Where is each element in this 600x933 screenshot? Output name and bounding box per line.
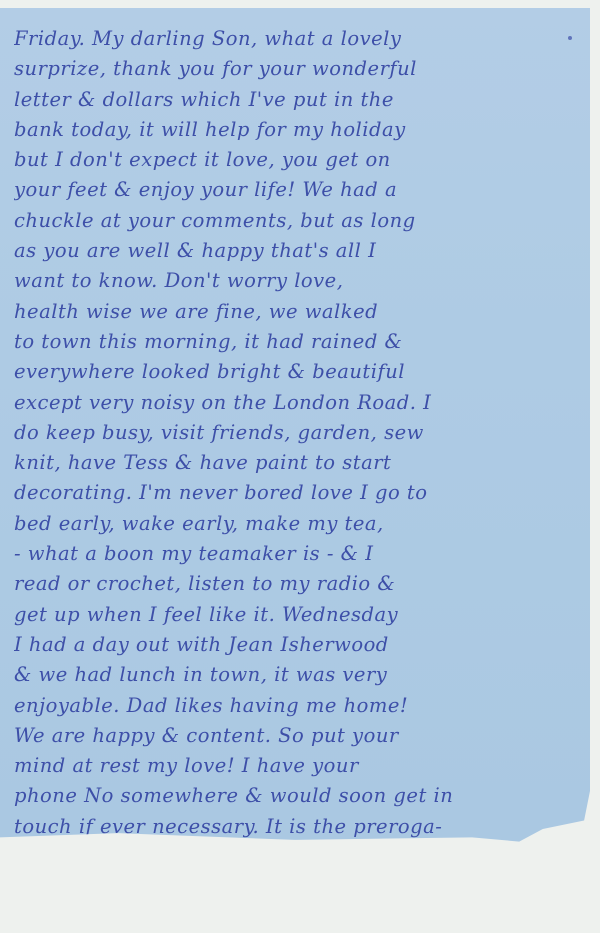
letter-line: as you are well & happy that's all I <box>14 236 574 266</box>
letter-line: everywhere looked bright & beautiful <box>14 357 574 387</box>
letter-line: do keep busy, visit friends, garden, sew <box>14 418 574 448</box>
letter-line: letter & dollars which I've put in the <box>14 85 574 115</box>
letter-line: read or crochet, listen to my radio & <box>14 569 574 599</box>
letter-page: Friday. My darling Son, what a lovely su… <box>0 8 590 850</box>
letter-line: but I don't expect it love, you get on <box>14 145 574 175</box>
letter-line: - what a boon my teamaker is - & I <box>14 539 574 569</box>
letter-line: your feet & enjoy your life! We had a <box>14 175 574 205</box>
letter-line: phone No somewhere & would soon get in <box>14 781 574 811</box>
letter-line: bed early, wake early, make my tea, <box>14 509 574 539</box>
letter-line: I had a day out with Jean Isherwood <box>14 630 574 660</box>
letter-line: mind at rest my love! I have your <box>14 751 574 781</box>
letter-line: to town this morning, it had rained & <box>14 327 574 357</box>
letter-line: bank today, it will help for my holiday <box>14 115 574 145</box>
letter-line: chuckle at your comments, but as long <box>14 206 574 236</box>
letter-line: Friday. My darling Son, what a lovely <box>14 24 574 54</box>
letter-line: We are happy & content. So put your <box>14 721 574 751</box>
letter-line: health wise we are fine, we walked <box>14 297 574 327</box>
letter-line: except very noisy on the London Road. I <box>14 388 574 418</box>
letter-line: knit, have Tess & have paint to start <box>14 448 574 478</box>
letter-line: & we had lunch in town, it was very <box>14 660 574 690</box>
letter-line: want to know. Don't worry love, <box>14 266 574 296</box>
letter-line: touch if ever necessary. It is the prero… <box>14 812 574 842</box>
letter-line: decorating. I'm never bored love I go to <box>14 478 574 508</box>
letter-line: get up when I feel like it. Wednesday <box>14 600 574 630</box>
letter-line: enjoyable. Dad likes having me home! <box>14 691 574 721</box>
letter-line: tive of the aging son to look back & I <box>14 842 574 860</box>
letter-body: Friday. My darling Son, what a lovely su… <box>14 24 574 860</box>
letter-line: surprize, thank you for your wonderful <box>14 54 574 84</box>
